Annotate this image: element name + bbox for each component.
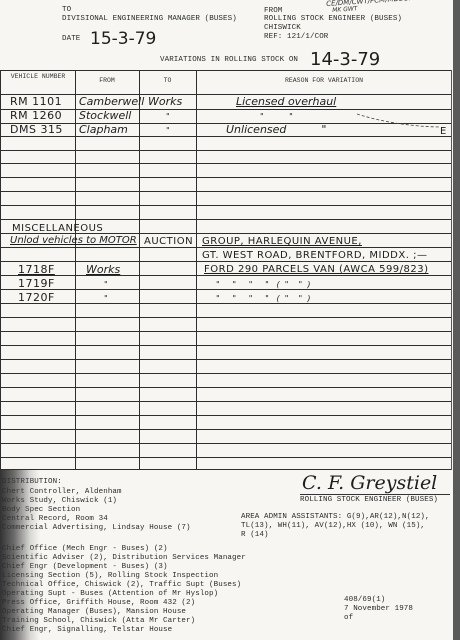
- row-3-from: Clapham: [79, 123, 128, 136]
- col-header-to: TO: [140, 77, 195, 85]
- signature-title: ROLLING STOCK ENGINEER (BUSES): [300, 496, 438, 505]
- signature: C. F. Greystiel: [302, 472, 437, 494]
- to-recipient: DIVISIONAL ENGINEERING MANAGER (BUSES): [62, 15, 237, 24]
- date-value: 15-3-79: [90, 29, 156, 49]
- title-date: 14-3-79: [310, 49, 380, 70]
- misc-row-2-from: ": [104, 278, 108, 291]
- row-3-to: ": [166, 124, 170, 137]
- col-header-from: FROM: [76, 77, 138, 85]
- signature-line: [300, 494, 450, 495]
- stamp-scribble-sub: MK GWT: [332, 5, 358, 14]
- area-admin-line-1: AREA ADMIN ASSISTANTS: G(9),AR(12),N(12)…: [241, 513, 430, 522]
- misc-row-2-reason: " " " " ( " " ): [216, 278, 310, 291]
- form-number: 408/69(1): [344, 596, 385, 605]
- area-admin-line-3: R (14): [241, 531, 269, 540]
- date-label: DATE: [62, 35, 80, 44]
- misc-row-2-vehicle: 1719F: [18, 277, 55, 290]
- row-2-reason: " ": [260, 110, 293, 123]
- scanned-document: TO DIVISIONAL ENGINEERING MANAGER (BUSES…: [0, 0, 460, 640]
- form-date: 7 November 1978: [344, 605, 413, 614]
- misc-line1-right: GROUP, HARLEQUIN AVENUE,: [202, 235, 362, 248]
- misc-row-3-vehicle: 1720F: [18, 291, 55, 304]
- misc-row-1-reason: FORD 290 PARCELS VAN (AWCA 599/823): [204, 263, 429, 276]
- row-1-vehicle: RM 1101: [10, 95, 62, 108]
- reference: REF: 121/1/COR: [264, 33, 328, 42]
- margin-pointer-line: [355, 112, 445, 132]
- row-1-to: Works: [148, 95, 182, 108]
- misc-row-1-from: Works: [86, 263, 120, 276]
- row-3-vehicle: DMS 315: [10, 123, 63, 136]
- title-prefix: VARIATIONS IN ROLLING STOCK ON: [160, 56, 298, 65]
- col-header-reason: REASON FOR VARIATION: [197, 77, 451, 85]
- area-admin-line-2: TL(13), WH(11), AV(12),HX (10), WN (15),: [241, 522, 425, 531]
- misc-row-1-vehicle: 1718F: [18, 263, 55, 276]
- form-of-label: of: [344, 614, 353, 623]
- row-1-from: Camberwell: [79, 95, 144, 108]
- misc-line1-mid: AUCTION: [144, 235, 193, 248]
- row-2-vehicle: RM 1260: [10, 109, 62, 122]
- variations-table: VEHICLE NUMBER FROM TO REASON FOR VARIAT…: [0, 70, 452, 470]
- misc-line2-right: GT. WEST ROAD, BRENTFORD, MIDDX. ;—: [202, 249, 427, 262]
- row-3-reason: Unlicensed ": [226, 123, 326, 136]
- misc-row-3-from: ": [104, 292, 108, 305]
- row-1-reason: Licensed overhaul: [236, 95, 336, 108]
- scan-edge: [453, 0, 460, 640]
- misc-row-3-reason: " " " " ( " " ): [216, 292, 310, 305]
- misc-line1-left: Unlod vehicles to MOTOR: [10, 234, 137, 247]
- margin-mark: E: [440, 125, 447, 138]
- row-2-from: Stockwell: [79, 109, 131, 122]
- from-location: CHISWICK: [264, 24, 301, 33]
- to-label: TO: [62, 6, 71, 15]
- scan-shadow: [0, 470, 40, 640]
- row-2-to: ": [166, 110, 170, 123]
- from-sender: ROLLING STOCK ENGINEER (BUSES): [264, 15, 402, 24]
- col-header-vehicle: VEHICLE NUMBER: [2, 73, 74, 81]
